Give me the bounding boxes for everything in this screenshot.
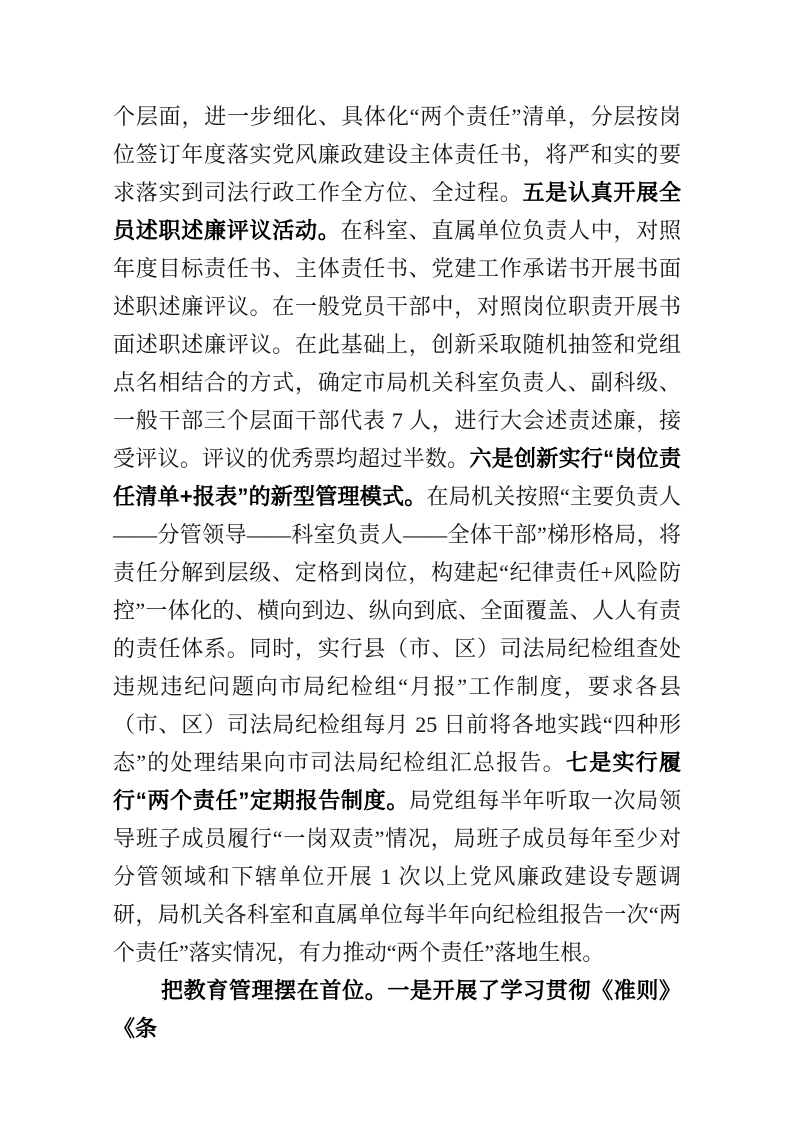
paragraph-continuation: 个层面，进一步细化、具体化“两个责任”清单，分层按岗位签订年度落实党风廉政建设主… xyxy=(113,98,681,972)
bold-text-run: 把教育管理摆在首位。一是开展了学习贯彻《准则》《条 xyxy=(113,978,681,1041)
paragraph-education-heading: 把教育管理摆在首位。一是开展了学习贯彻《准则》《条 xyxy=(113,972,681,1048)
text-run: 在局机关按照“主要负责人——分管领导——科室负责人——全体干部”梯形格局，将责任… xyxy=(113,484,681,775)
document-page: 个层面，进一步细化、具体化“两个责任”清单，分层按岗位签订年度落实党风廉政建设主… xyxy=(0,0,793,1122)
document-body: 个层面，进一步细化、具体化“两个责任”清单，分层按岗位签订年度落实党风廉政建设主… xyxy=(113,98,681,1048)
text-run: 局党组每半年听取一次局领导班子成员履行“一岗双责”情况，局班子成员每年至少对分管… xyxy=(113,788,681,965)
text-run: 在科室、直属单位负责人中，对照年度目标责任书、主体责任书、党建工作承诺书开展书面… xyxy=(113,218,681,471)
